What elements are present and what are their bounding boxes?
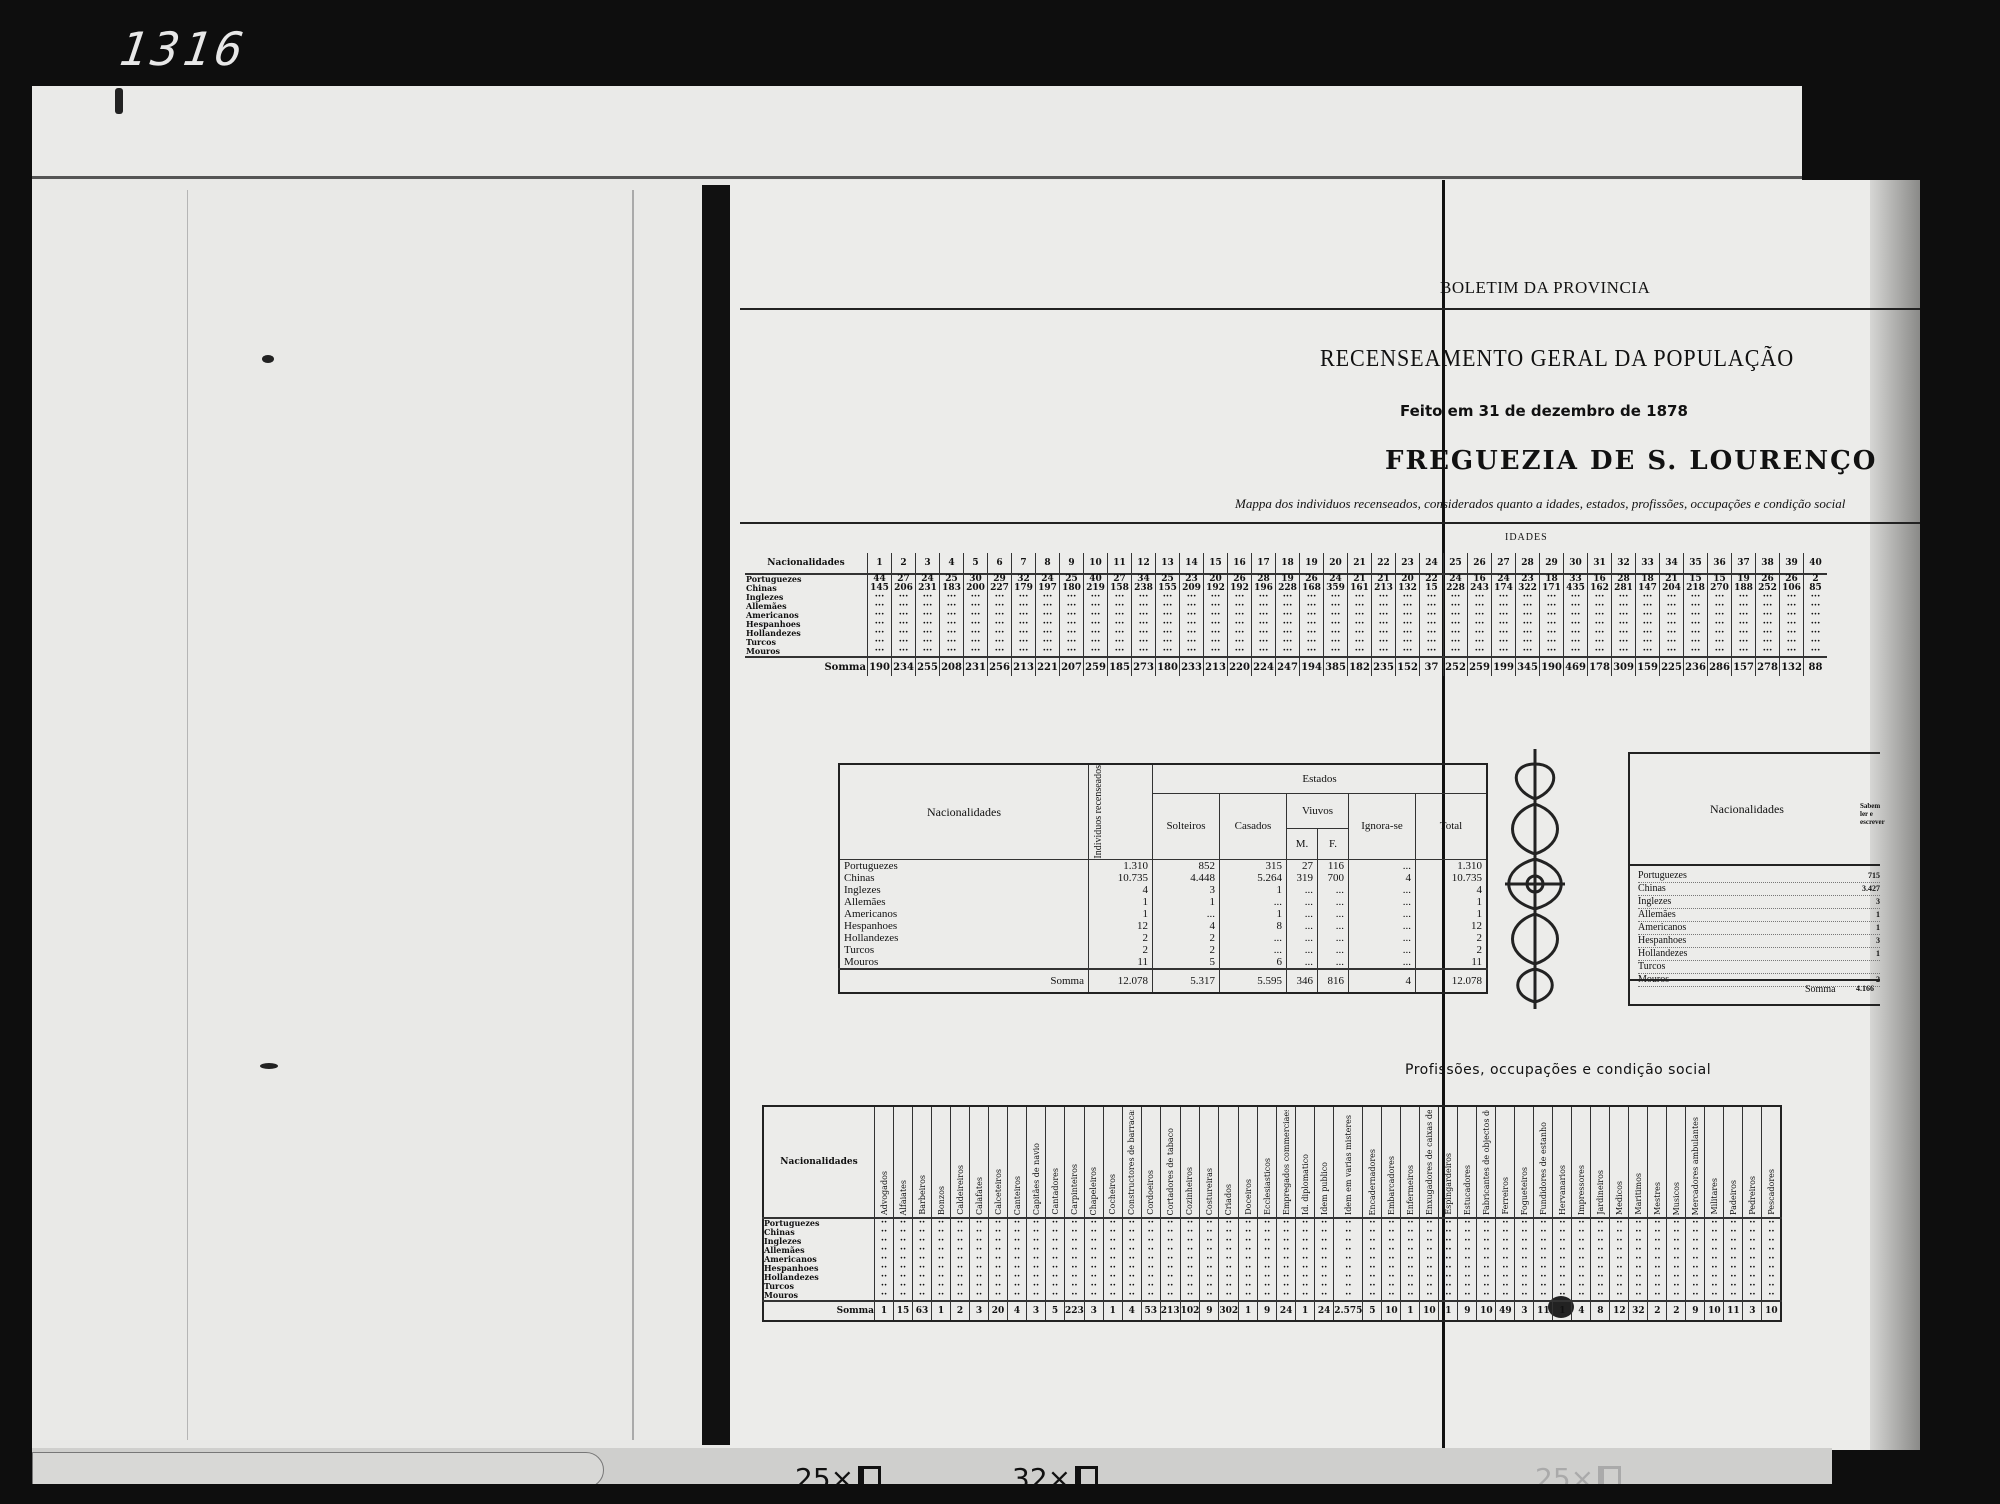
- caption-rule: [740, 522, 1920, 524]
- profession-name: Cantadores: [1051, 1168, 1060, 1215]
- estados-col-total: Total: [1416, 794, 1488, 860]
- profession-name: Impressores: [1577, 1165, 1586, 1215]
- age-column-header: 23: [1396, 553, 1420, 574]
- estados-cell-recenseados: 4: [1089, 884, 1153, 896]
- profession-name: Mestres: [1653, 1182, 1662, 1215]
- profession-name: Calceteiros: [994, 1169, 1003, 1215]
- age-cell: ···: [1228, 647, 1252, 657]
- age-cell: ···: [892, 647, 916, 657]
- age-column-header: 5: [964, 553, 988, 574]
- estados-col-ignora: Ignora-se: [1349, 794, 1416, 860]
- age-cell: ···: [1540, 647, 1564, 657]
- literacy-sum-label: Somma: [1805, 984, 1836, 995]
- estados-cell-ignora: ...: [1349, 944, 1416, 956]
- estados-cell-viuvos-f: ...: [1318, 896, 1349, 908]
- profession-column-header: Constructores de barracas: [1122, 1106, 1141, 1218]
- estados-col-viuvos: Viuvos: [1287, 794, 1349, 829]
- estados-cell-ignora: ...: [1349, 896, 1416, 908]
- profession-cell: ··: [1458, 1291, 1477, 1301]
- profession-total-cell: 3: [1515, 1301, 1534, 1321]
- profession-name: Idem publico: [1320, 1162, 1329, 1215]
- age-cell: ···: [916, 647, 940, 657]
- age-total-cell: 225: [1660, 657, 1684, 676]
- age-total-cell: 286: [1708, 657, 1732, 676]
- profession-total-cell: 3: [970, 1301, 989, 1321]
- profession-cell: ··: [1296, 1291, 1315, 1301]
- profession-cell: ··: [1534, 1291, 1553, 1301]
- profession-column-header: Estucadores: [1458, 1106, 1477, 1218]
- age-column-header: 31: [1588, 553, 1612, 574]
- profession-total-cell: 10: [1477, 1301, 1496, 1321]
- profession-cell: ··: [1258, 1291, 1277, 1301]
- estados-cell-total: 12: [1416, 920, 1488, 932]
- table-row: Hespanhoes1248.........12: [839, 920, 1487, 932]
- age-column-header: 2: [892, 553, 916, 574]
- age-total-cell: 220: [1228, 657, 1252, 676]
- estados-cell-viuvos-m: ...: [1287, 920, 1318, 932]
- profession-total-cell: 4: [1572, 1301, 1591, 1321]
- estados-cell-ignora: ...: [1349, 859, 1416, 872]
- profession-column-header: Musicos: [1667, 1106, 1686, 1218]
- table-row: Allemães11............1: [839, 896, 1487, 908]
- age-total-cell: 190: [1540, 657, 1564, 676]
- literacy-value: 1: [1876, 909, 1880, 921]
- map-caption: Mappa dos individuos recenseados, consid…: [1235, 496, 1845, 512]
- literacy-row: Hollandezes1: [1638, 948, 1880, 961]
- age-total-cell: 182: [1348, 657, 1372, 676]
- age-total-cell: 213: [1012, 657, 1036, 676]
- estados-total-viuvos-m: 346: [1287, 969, 1318, 993]
- sum-label: Somma: [839, 969, 1089, 993]
- age-total-cell: 224: [1252, 657, 1276, 676]
- age-column-header: 19: [1300, 553, 1324, 574]
- profession-total-cell: 24: [1315, 1301, 1334, 1321]
- age-cell: ···: [1276, 647, 1300, 657]
- estados-cell-ignora: ...: [1349, 884, 1416, 896]
- literacy-value: 1: [1876, 948, 1880, 960]
- age-column-header: 1: [868, 553, 892, 574]
- estados-cell-viuvos-m: ...: [1287, 908, 1318, 920]
- estados-cell-recenseados: 1: [1089, 908, 1153, 920]
- profession-cell: ··: [1553, 1291, 1572, 1301]
- age-column-header: 22: [1372, 553, 1396, 574]
- profession-total-cell: 8: [1591, 1301, 1610, 1321]
- profession-name: Militares: [1710, 1178, 1719, 1215]
- age-total-cell: 247: [1276, 657, 1300, 676]
- profession-cell: ··: [1667, 1291, 1686, 1301]
- age-cell: ···: [1420, 647, 1444, 657]
- ornament-icon: [1500, 744, 1570, 1014]
- profession-total-cell: 10: [1762, 1301, 1782, 1321]
- estados-cell-recenseados: 11: [1089, 956, 1153, 969]
- estados-cell-viuvos-f: ...: [1318, 920, 1349, 932]
- age-total-cell: 259: [1084, 657, 1108, 676]
- profession-total-cell: 53: [1141, 1301, 1160, 1321]
- profession-column-header: Militares: [1705, 1106, 1724, 1218]
- nationality-label: Inglezes: [839, 884, 1089, 896]
- profession-name: Calafates: [975, 1177, 984, 1215]
- estados-col-viuvos-m: M.: [1287, 828, 1318, 859]
- literacy-row: Inglezes3: [1638, 896, 1880, 909]
- profession-total-cell: 9: [1458, 1301, 1477, 1321]
- estados-cell-solteiros: 2: [1153, 932, 1220, 944]
- profession-name: Enfermeiros: [1406, 1165, 1415, 1215]
- age-column-header: 25: [1444, 553, 1468, 574]
- age-total-cell: 180: [1156, 657, 1180, 676]
- age-cell: ···: [1108, 647, 1132, 657]
- age-cell: ···: [1012, 647, 1036, 657]
- literacy-col-read-write: Sabem ler e escrever: [1860, 802, 1880, 826]
- literacy-header-rule: [1630, 864, 1880, 866]
- table-row: Portuguezes1.31085231527116...1.310: [839, 859, 1487, 872]
- profession-column-header: Ecclesiasticos: [1258, 1106, 1277, 1218]
- professions-table: NacionalidadesAdvogadosAlfaiatesBarbeiro…: [762, 1105, 1782, 1322]
- age-cell: ···: [1444, 647, 1468, 657]
- binding-gutter: [702, 185, 730, 1445]
- age-cell: ···: [1588, 647, 1612, 657]
- profession-total-cell: 2: [951, 1301, 970, 1321]
- profession-total-cell: 1: [1553, 1301, 1572, 1321]
- profession-column-header: Cordoeiros: [1141, 1106, 1160, 1218]
- estados-cell-viuvos-m: ...: [1287, 932, 1318, 944]
- profession-column-header: Maritimos: [1629, 1106, 1648, 1218]
- profession-total-cell: 1: [1401, 1301, 1420, 1321]
- profession-column-header: Canteiros: [1008, 1106, 1027, 1218]
- profession-total-cell: 10: [1382, 1301, 1401, 1321]
- age-total-cell: 157: [1732, 657, 1756, 676]
- profession-cell: ··: [1743, 1291, 1762, 1301]
- estados-cell-total: 2: [1416, 932, 1488, 944]
- ages-row-header: Nacionalidades: [745, 553, 868, 574]
- profession-total-cell: 11: [1724, 1301, 1743, 1321]
- estados-total-casados: 5.595: [1220, 969, 1287, 993]
- table-row: Hollandezes22............2: [839, 932, 1487, 944]
- profession-total-cell: 24: [1277, 1301, 1296, 1321]
- page-fold-line: [187, 190, 188, 1440]
- profession-cell: ··: [1103, 1291, 1122, 1301]
- profession-total-cell: 15: [894, 1301, 913, 1321]
- nationality-label: Chinas: [1638, 883, 1666, 895]
- profession-name: Mercadores ambulantes: [1691, 1117, 1700, 1215]
- profession-cell: ··: [1439, 1291, 1458, 1301]
- estados-cell-casados: 8: [1220, 920, 1287, 932]
- age-cell: ···: [1252, 647, 1276, 657]
- estados-cell-solteiros: 1: [1153, 896, 1220, 908]
- profession-cell: ··: [1008, 1291, 1027, 1301]
- profession-column-header: Costureiras: [1200, 1106, 1219, 1218]
- profession-cell: ··: [1065, 1291, 1085, 1301]
- bulletin-heading: BOLETIM DA PROVINCIA: [1440, 278, 1650, 298]
- profession-total-cell: 4: [1122, 1301, 1141, 1321]
- age-column-header: 10: [1084, 553, 1108, 574]
- age-total-cell: 231: [964, 657, 988, 676]
- profession-total-cell: 1: [1296, 1301, 1315, 1321]
- table-row: Allemães································…: [763, 1246, 1781, 1255]
- estados-cell-viuvos-m: 27: [1287, 859, 1318, 872]
- profession-cell: ··: [1496, 1291, 1515, 1301]
- estados-cell-recenseados: 10.735: [1089, 872, 1153, 884]
- table-row: Americanos1...1.........1: [839, 908, 1487, 920]
- age-cell: ···: [1492, 647, 1516, 657]
- profession-name: Pedreiros: [1748, 1176, 1757, 1215]
- age-total-cell: 233: [1180, 657, 1204, 676]
- profession-name: Embarcadores: [1387, 1156, 1396, 1215]
- literacy-row: Allemães1: [1638, 909, 1880, 922]
- age-total-cell: 235: [1372, 657, 1396, 676]
- profession-total-cell: 3: [1084, 1301, 1103, 1321]
- age-column-header: 9: [1060, 553, 1084, 574]
- literacy-row-header: Nacionalidades: [1710, 802, 1784, 817]
- profession-total-cell: 12: [1610, 1301, 1629, 1321]
- estados-cell-viuvos-m: ...: [1287, 896, 1318, 908]
- profession-name: Cocheiros: [1108, 1174, 1117, 1215]
- profession-total-cell: 5: [1363, 1301, 1382, 1321]
- nationality-label: Hollandezes: [839, 932, 1089, 944]
- estados-cell-viuvos-m: ...: [1287, 884, 1318, 896]
- estados-col-recenseados: Individuos recenseados: [1089, 764, 1153, 859]
- estados-total-recenseados: 12.078: [1089, 969, 1153, 993]
- age-cell: ···: [1732, 647, 1756, 657]
- estados-cell-total: 1: [1416, 896, 1488, 908]
- profession-column-header: Chapeleiros: [1084, 1106, 1103, 1218]
- estados-cell-recenseados: 1: [1089, 896, 1153, 908]
- page-fold-line: [632, 190, 634, 1440]
- profession-name: Enxugadores de caixas de chá: [1425, 1110, 1434, 1215]
- microfilm-frame-number: 1316: [116, 22, 250, 76]
- estados-cell-ignora: 4: [1349, 872, 1416, 884]
- nationality-label: Portuguezes: [839, 859, 1089, 872]
- age-cell: ···: [1564, 647, 1588, 657]
- age-column-header: 21: [1348, 553, 1372, 574]
- estados-cell-solteiros: ...: [1153, 908, 1220, 920]
- profession-total-cell: 1: [1439, 1301, 1458, 1321]
- profession-name: Ecclesiasticos: [1263, 1158, 1272, 1215]
- nationality-label: Mouros: [745, 647, 868, 657]
- age-total-cell: 345: [1516, 657, 1540, 676]
- profession-total-cell: 9: [1686, 1301, 1705, 1321]
- literacy-row: Chinas3.427: [1638, 883, 1880, 896]
- profession-name: Capitães de navio: [1032, 1143, 1041, 1215]
- age-total-cell: 221: [1036, 657, 1060, 676]
- age-cell: ···: [1468, 647, 1492, 657]
- age-total-cell: 194: [1300, 657, 1324, 676]
- estados-cell-total: 11: [1416, 956, 1488, 969]
- profession-total-cell: 102: [1180, 1301, 1200, 1321]
- profession-cell: ··: [1420, 1291, 1439, 1301]
- profession-cell: ··: [913, 1291, 932, 1301]
- age-cell: ···: [1660, 647, 1684, 657]
- profession-name: Bonzos: [937, 1186, 946, 1215]
- literacy-value: 715: [1868, 870, 1880, 882]
- estados-total-solteiros: 5.317: [1153, 969, 1220, 993]
- nationality-label: Hespanhoes: [839, 920, 1089, 932]
- literacy-value: 3: [1876, 896, 1880, 908]
- profession-cell: ··: [1572, 1291, 1591, 1301]
- age-total-cell: 469: [1564, 657, 1588, 676]
- profession-column-header: Ferreiros: [1496, 1106, 1515, 1218]
- nationality-label: Hespanhoes: [1638, 935, 1686, 947]
- estados-cell-viuvos-m: ...: [1287, 956, 1318, 969]
- estados-cell-viuvos-m: 319: [1287, 872, 1318, 884]
- profession-column-header: Capitães de navio: [1027, 1106, 1046, 1218]
- table-row: Hollandezes·····························…: [763, 1273, 1781, 1282]
- age-column-header: 11: [1108, 553, 1132, 574]
- profession-name: Cortadores de tabaco: [1166, 1128, 1175, 1215]
- profession-cell: ··: [989, 1291, 1008, 1301]
- profession-name: Estucadores: [1463, 1165, 1472, 1215]
- profession-name: Espingardeiros: [1444, 1153, 1453, 1215]
- age-column-header: 6: [988, 553, 1012, 574]
- nationality-label: Turcos: [839, 944, 1089, 956]
- profession-cell: ··: [1084, 1291, 1103, 1301]
- age-total-cell: 252: [1444, 657, 1468, 676]
- age-cell: ···: [940, 647, 964, 657]
- profession-column-header: Carpinteiros: [1065, 1106, 1085, 1218]
- profession-name: Cozinheiros: [1185, 1167, 1194, 1215]
- estados-cell-solteiros: 4.448: [1153, 872, 1220, 884]
- estados-total-viuvos-f: 816: [1318, 969, 1349, 993]
- estados-cell-viuvos-f: 116: [1318, 859, 1349, 872]
- age-column-header: 40: [1804, 553, 1828, 574]
- table-row: Turcos22............2: [839, 944, 1487, 956]
- age-cell: ···: [1180, 647, 1204, 657]
- estados-cell-solteiros: 5: [1153, 956, 1220, 969]
- professions-title: Profissões, occupações e condição social: [1405, 1062, 1711, 1078]
- age-cell: ···: [1348, 647, 1372, 657]
- age-column-header: 32: [1612, 553, 1636, 574]
- estados-cell-solteiros: 2: [1153, 944, 1220, 956]
- profession-column-header: Id. diplomatico: [1296, 1106, 1315, 1218]
- profession-column-header: Criados: [1219, 1106, 1239, 1218]
- profession-name: Advogados: [880, 1171, 889, 1215]
- age-column-header: 20: [1324, 553, 1348, 574]
- profession-total-cell: 4: [1008, 1301, 1027, 1321]
- age-cell: ···: [1636, 647, 1660, 657]
- table-row: Inglezes431.........4: [839, 884, 1487, 896]
- estados-cell-total: 10.735: [1416, 872, 1488, 884]
- literacy-row: Americanos1: [1638, 922, 1880, 935]
- sum-label: Somma: [763, 1301, 875, 1321]
- age-cell: ···: [1060, 647, 1084, 657]
- age-cell: ···: [988, 647, 1012, 657]
- profession-column-header: Enfermeiros: [1401, 1106, 1420, 1218]
- estados-cell-total: 2: [1416, 944, 1488, 956]
- age-cell: ···: [1300, 647, 1324, 657]
- profession-name: Padeiros: [1729, 1180, 1738, 1215]
- age-column-header: 16: [1228, 553, 1252, 574]
- left-blank-page: [32, 190, 704, 1440]
- estados-cell-viuvos-f: 700: [1318, 872, 1349, 884]
- age-total-cell: 159: [1636, 657, 1660, 676]
- header-rule: [740, 308, 1920, 310]
- profession-name: Empregados commerciaes: [1282, 1110, 1291, 1215]
- table-row: Mouros··································…: [763, 1291, 1781, 1301]
- estados-cell-casados: 6: [1220, 956, 1287, 969]
- estados-cell-ignora: ...: [1349, 956, 1416, 969]
- profession-column-header: Medicos: [1610, 1106, 1629, 1218]
- profession-name: Chapeleiros: [1089, 1167, 1098, 1216]
- census-title: RECENSEAMENTO GERAL DA POPULAÇÃO: [1320, 346, 1794, 373]
- profession-cell: ··: [1200, 1291, 1219, 1301]
- profession-cell: ··: [1724, 1291, 1743, 1301]
- age-column-header: 17: [1252, 553, 1276, 574]
- estados-cell-viuvos-f: ...: [1318, 884, 1349, 896]
- age-total-cell: 132: [1780, 657, 1804, 676]
- age-cell: ···: [1684, 647, 1708, 657]
- estados-cell-total: 1: [1416, 908, 1488, 920]
- profession-cell: ··: [1334, 1291, 1363, 1301]
- top-paper-strip: [32, 86, 1802, 179]
- profession-column-header: Doceiros: [1239, 1106, 1258, 1218]
- nationality-label: Allemães: [1638, 909, 1676, 921]
- literacy-table: Nacionalidades Sabem ler e escrever Port…: [1628, 752, 1880, 1006]
- profession-column-header: Idem publico: [1315, 1106, 1334, 1218]
- age-cell: ···: [1204, 647, 1228, 657]
- profession-column-header: Cantadores: [1046, 1106, 1065, 1218]
- age-total-cell: 190: [868, 657, 892, 676]
- estados-total-ignora: 4: [1349, 969, 1416, 993]
- estados-col-solteiros: Solteiros: [1153, 794, 1220, 860]
- age-column-header: 14: [1180, 553, 1204, 574]
- profession-cell: ··: [951, 1291, 970, 1301]
- profession-name: Barbeiros: [918, 1175, 927, 1215]
- estados-cell-casados: 1: [1220, 884, 1287, 896]
- profession-column-header: Espingardeiros: [1439, 1106, 1458, 1218]
- age-total-cell: 256: [988, 657, 1012, 676]
- profession-total-cell: 1: [1239, 1301, 1258, 1321]
- profession-name: Medicos: [1615, 1181, 1624, 1215]
- age-cell: ···: [1396, 647, 1420, 657]
- estados-cell-ignora: ...: [1349, 932, 1416, 944]
- profession-name: Hervanarios: [1558, 1165, 1567, 1215]
- profession-cell: ··: [1122, 1291, 1141, 1301]
- estados-cell-casados: 5.264: [1220, 872, 1287, 884]
- age-total-cell: 385: [1324, 657, 1348, 676]
- profession-total-cell: 302: [1219, 1301, 1239, 1321]
- census-date: Feito em 31 de dezembro de 1878: [1400, 402, 1688, 420]
- age-cell: ···: [964, 647, 988, 657]
- profession-total-cell: 213: [1160, 1301, 1180, 1321]
- profession-cell: ··: [1180, 1291, 1200, 1301]
- estados-cell-viuvos-f: ...: [1318, 932, 1349, 944]
- profession-total-cell: 32: [1629, 1301, 1648, 1321]
- estados-cell-casados: 315: [1220, 859, 1287, 872]
- nationality-label: Inglezes: [1638, 896, 1671, 908]
- nationality-label: Americanos: [1638, 922, 1686, 934]
- profession-name: Carpinteiros: [1070, 1164, 1079, 1215]
- profession-name: Doceiros: [1244, 1179, 1253, 1215]
- profession-column-header: Cozinheiros: [1180, 1106, 1200, 1218]
- age-column-header: 36: [1708, 553, 1732, 574]
- age-cell: ···: [1756, 647, 1780, 657]
- estados-cell-viuvos-m: ...: [1287, 944, 1318, 956]
- profession-cell: ··: [875, 1291, 894, 1301]
- age-column-header: 27: [1492, 553, 1516, 574]
- profession-total-cell: 2.575: [1334, 1301, 1363, 1321]
- sum-row: Somma19023425520823125621322120725918527…: [745, 657, 1827, 676]
- profession-name: Constructores de barracas: [1127, 1110, 1136, 1215]
- age-total-cell: 309: [1612, 657, 1636, 676]
- profession-name: Jardineiros: [1596, 1170, 1605, 1215]
- profession-column-header: Calafates: [970, 1106, 989, 1218]
- literacy-row: Hespanhoes3: [1638, 935, 1880, 948]
- age-column-header: 15: [1204, 553, 1228, 574]
- profession-cell: ··: [1046, 1291, 1065, 1301]
- profession-cell: ··: [1315, 1291, 1334, 1301]
- profession-cell: ··: [1515, 1291, 1534, 1301]
- age-total-cell: 278: [1756, 657, 1780, 676]
- profession-column-header: Fogueteiros: [1515, 1106, 1534, 1218]
